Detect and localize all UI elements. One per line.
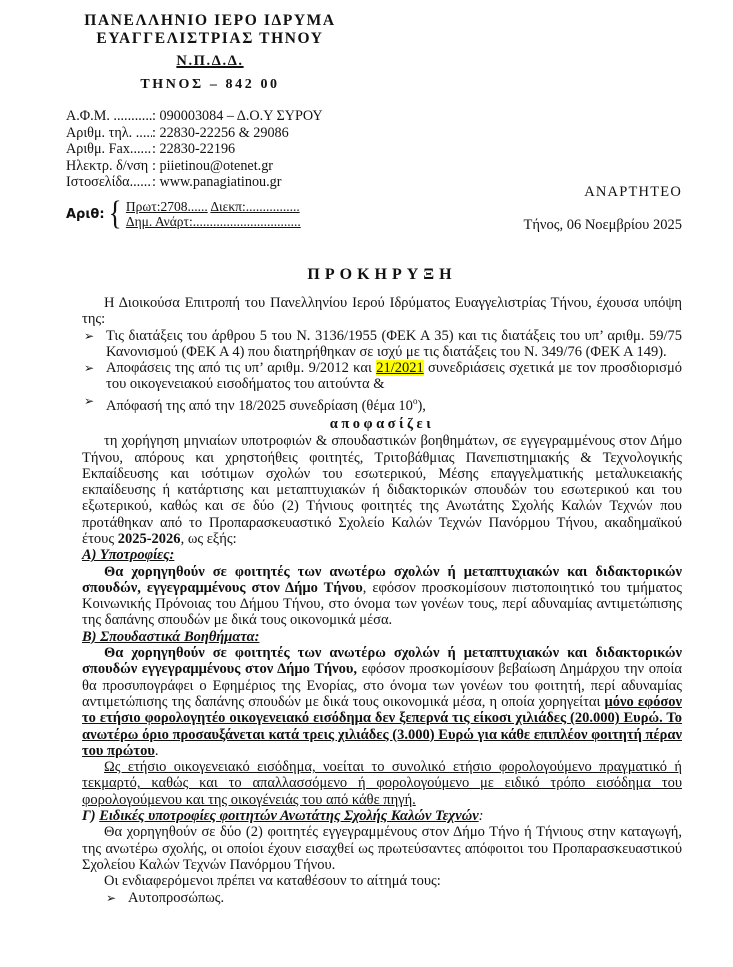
contact-row-email: Ηλεκτρ. δ/νση .: piietinou@otenet.gr <box>66 158 323 175</box>
diekp-field: Διεκπ:................ <box>210 199 299 214</box>
contact-row-fax: Αριθμ. Fax.......: 22830-22196 <box>66 141 323 158</box>
contact-row-afm: Α.Φ.Μ. ............: 090003084 – Δ.Ο.Υ Σ… <box>66 108 323 125</box>
contact-row-phone: Αριθμ. τηλ. ......: 22830-22256 & 29086 <box>66 125 323 142</box>
contact-row-website: Ιστοσελίδα.......: www.panagiatinou.gr <box>66 174 323 191</box>
posting-notice: ΑΝΑΡΤΗΤΕΟ <box>520 184 682 201</box>
protocol-number: Πρωτ:2708...... <box>126 199 208 214</box>
arrow-bullet-icon: ➢ <box>82 328 106 361</box>
highlighted-reference: 21/2021 <box>376 360 424 376</box>
consideration-item: ➢ Τις διατάξεις του άρθρου 5 του Ν. 3136… <box>82 328 682 361</box>
section-a-paragraph: Θα χορηγηθούν σε φοιτητές των ανωτέρω σχ… <box>82 564 682 629</box>
reference-label: Αριθ: <box>66 207 105 222</box>
postal-address: ΤΗΝΟΣ – 842 00 <box>60 76 360 94</box>
income-definition: Ως ετήσιο οικογενειακό εισόδημα, νοείται… <box>82 759 682 808</box>
intro-paragraph: Η Διοικούσα Επιτροπή του Πανελληνίου Ιερ… <box>82 295 682 328</box>
decision-paragraph: τη χορήγηση μηνιαίων υποτροφιών & σπουδα… <box>82 433 682 547</box>
institution-name-line2: ΕΥΑΓΓΕΛΙΣΤΡΙΑΣ ΤΗΝΟΥ <box>60 30 360 48</box>
arrow-bullet-icon: ➢ <box>104 890 128 906</box>
document-date: Τήνος, 06 Νοεμβρίου 2025 <box>480 217 682 234</box>
reference-number: Αριθ: { Πρωτ:2708...... Διεκπ:..........… <box>66 199 301 229</box>
consideration-item: ➢ Απόφασή της από την 18/2025 συνεδρίαση… <box>82 393 682 414</box>
section-a-heading: Α) Υποτροφίες: <box>82 547 682 563</box>
contact-info: Α.Φ.Μ. ............: 090003084 – Δ.Ο.Υ Σ… <box>66 108 323 191</box>
section-b-heading: Β) Σπουδαστικά Βοηθήματα: <box>82 629 682 645</box>
legal-form: Ν.Π.Δ.Δ. <box>60 52 360 70</box>
decision-heading: αποφασίζει <box>82 416 682 432</box>
section-c-paragraph: Θα χορηγηθούν σε δύο (2) φοιτητές εγγεγρ… <box>82 824 682 873</box>
document-title: ΠΡΟΚΗΡΥΞΗ <box>82 266 682 284</box>
brace-icon: { <box>108 199 121 229</box>
arrow-bullet-icon: ➢ <box>82 393 106 414</box>
arrow-bullet-icon: ➢ <box>82 360 106 393</box>
publication-number: Δημ. Ανάρτ:.............................… <box>126 214 301 229</box>
consideration-item: ➢ Αποφάσεις της από τις υπ’ αριθμ. 9/201… <box>82 360 682 393</box>
section-b-paragraph: Θα χορηγηθούν σε φοιτητές των ανωτέρω σχ… <box>82 645 682 759</box>
submission-item: ➢ Αυτοπροσώπως. <box>82 890 682 906</box>
document-body: Η Διοικούσα Επιτροπή του Πανελληνίου Ιερ… <box>82 295 682 906</box>
submission-paragraph: Οι ενδιαφερόμενοι πρέπει να καταθέσουν τ… <box>82 873 682 889</box>
institution-name: ΠΑΝΕΛΛΗΝΙΟ ΙΕΡΟ ΙΔΡΥΜΑ <box>60 12 360 30</box>
section-c-heading: Γ) Ειδικές υποτροφίες φοιτητών Ανωτάτης … <box>82 808 682 824</box>
